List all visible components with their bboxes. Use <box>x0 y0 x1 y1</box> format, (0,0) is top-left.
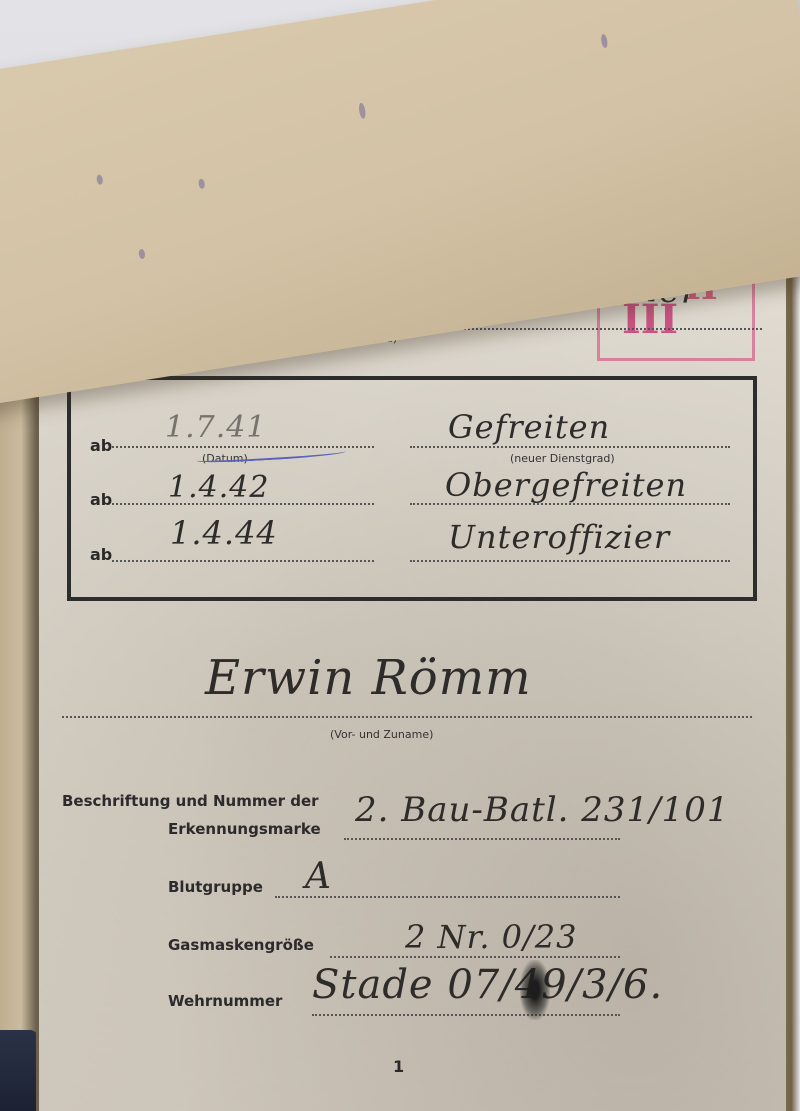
gas-mask-size-label: Gasmaskengröße <box>168 936 314 954</box>
promotion-rank: Gefreiten <box>448 408 610 446</box>
name-caption: (Vor- und Zuname) <box>330 728 433 741</box>
name-dotted-line <box>62 716 752 718</box>
ink-speck <box>138 249 145 260</box>
id-tag-label-2: Erkennungsmarke <box>168 820 321 838</box>
promotion-label: ab <box>90 545 112 564</box>
ink-speck <box>358 102 366 119</box>
promotion-rank-line <box>410 446 730 448</box>
new-rank-caption: (neuer Dienstgrad) <box>510 452 615 465</box>
promotion-date: 1.4.44 <box>170 514 278 552</box>
ink-speck <box>600 34 608 49</box>
blood-group-label: Blutgruppe <box>168 878 263 896</box>
id-tag-label: Beschriftung und Nummer der <box>62 792 319 810</box>
gas-mask-dotted-line <box>330 956 620 958</box>
promotion-date-line <box>112 560 374 562</box>
binding-thread <box>0 1030 38 1111</box>
page-number: 1 <box>393 1057 404 1076</box>
promotion-rank-line <box>410 560 730 562</box>
promotion-label: ab <box>90 490 112 509</box>
full-name: Erwin Römm <box>205 650 532 706</box>
promotion-rank: Unteroffizier <box>448 518 670 556</box>
id-tag-dotted-line <box>344 838 620 840</box>
id-tag-value: 2. Bau-Batl. 231/101 <box>355 790 730 830</box>
service-number-dotted-line <box>312 1014 620 1016</box>
ink-speck <box>96 174 103 185</box>
service-number-label: Wehrnummer <box>168 992 282 1010</box>
service-number-value: Stade 07/49/3/6. <box>312 962 663 1008</box>
blood-group-value: A <box>305 856 332 897</box>
promotion-label: ab <box>90 436 112 455</box>
promotion-date: 1.4.42 <box>168 470 269 505</box>
promotion-date: 1.7.41 <box>165 410 266 445</box>
ink-blot <box>520 960 550 1020</box>
gas-mask-size-value: 2 Nr. 0/23 <box>405 918 578 956</box>
ink-speck <box>198 178 205 189</box>
promotion-rank: Obergefreiten <box>445 466 687 504</box>
